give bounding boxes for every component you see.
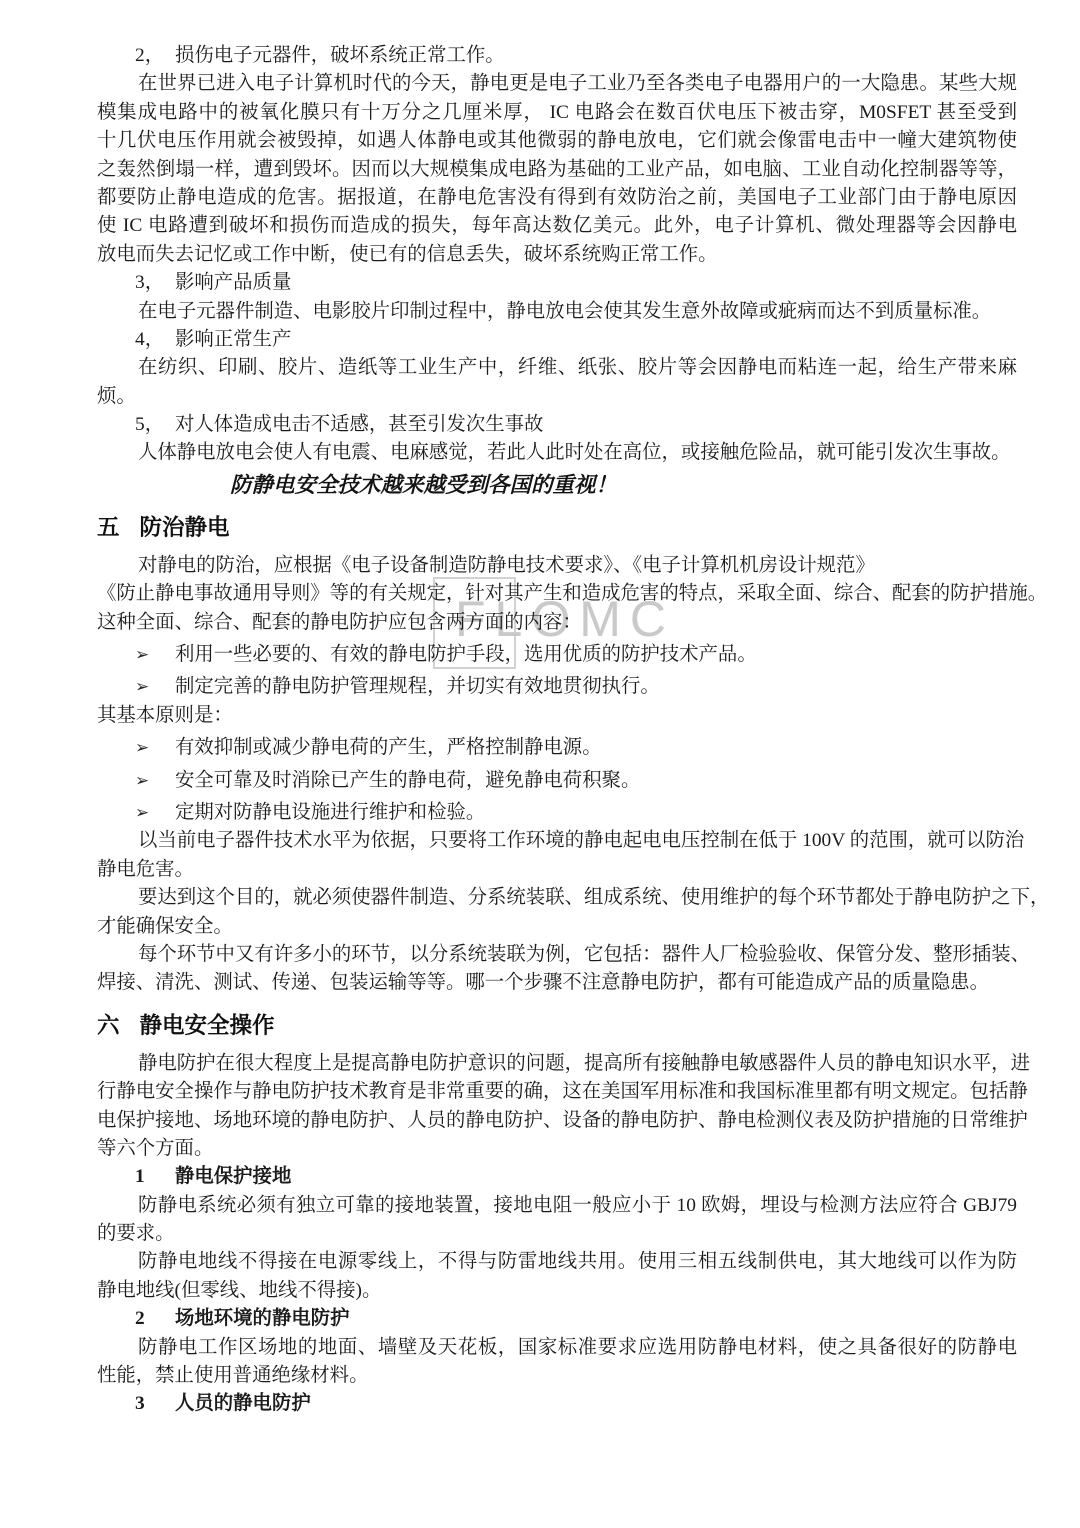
item-text: 影响产品质量 (175, 272, 291, 293)
document-page: FLOMC 2，损伤电子元器件，破坏系统正常工作。在世界已进入电子计算机时代的今… (0, 0, 1080, 1528)
subsection-heading: 2场地环境的静电防护 (97, 1305, 1017, 1333)
item-text: 影响正常生产 (175, 329, 291, 350)
paragraph-line: 模集成电路中的被氧化膜只有十万分之几厘米厚， IC 电路会在数百伏电压下被击穿，… (97, 99, 1017, 127)
paragraph-line: 人体静电放电会使人有电震、电麻感觉，若此人此时处在高位，或接触危险品，就可能引发… (97, 439, 1017, 467)
paragraph-line: 防静电工作区场地的地面、墙壁及天花板，国家标准要求应选用防静电材料，使之具备很好… (97, 1334, 1017, 1362)
subsection-number: 3 (135, 1390, 175, 1418)
paragraph-line: 烦。 (97, 383, 1017, 411)
paragraph-line: 静电防护在很大程度上是提高静电防护意识的问题，提高所有接触静电敏感器件人员的静电… (97, 1050, 1017, 1078)
paragraph-line: 之轰然倒塌一样，遭到毁坏。因而以大规模集成电路为基础的工业产品，如电脑、工业自动… (97, 156, 1017, 184)
numbered-item: 2，损伤电子元器件，破坏系统正常工作。 (97, 42, 1017, 70)
paragraph-line: 静电危害。 (97, 856, 1017, 884)
paragraph-line: 都要防止静电造成的危害。据报道，在静电危害没有得到有效防治之前，美国电子工业部门… (97, 184, 1017, 212)
paragraph-line: 才能确保安全。 (97, 913, 1017, 941)
paragraph-line: 这种全面、综合、配套的静电防护应包含两方面的内容： (97, 609, 1017, 637)
bullet-arrow-icon: ➢ (135, 641, 175, 669)
bullet-text: 制定完善的静电防护管理规程，并切实有效地贯彻执行。 (175, 676, 660, 697)
paragraph-line: 性能，禁止使用普通绝缘材料。 (97, 1362, 1017, 1390)
bullet-text: 有效抑制或减少静电荷的产生，严格控制静电源。 (175, 737, 602, 758)
paragraph-line: 每个环节中又有许多小的环节，以分系统装联为例，它包括：器件人厂检验验收、保管分发… (97, 941, 1017, 969)
item-number: 3， (135, 269, 175, 297)
bullet-arrow-icon: ➢ (135, 767, 175, 795)
subsection-title: 静电保护接地 (175, 1166, 291, 1187)
subsection-title: 场地环境的静电防护 (175, 1308, 350, 1329)
item-number: 4， (135, 326, 175, 354)
paragraph-line: 十几伏电压作用就会被毁掉，如遇人体静电或其他微弱的静电放电，它们就会像雷电击中一… (97, 127, 1017, 155)
item-number: 2， (135, 42, 175, 70)
subsection-title: 人员的静电防护 (175, 1393, 311, 1414)
bullet-text: 利用一些必要的、有效的静电防护手段，选用优质的防护技术产品。 (175, 644, 757, 665)
numbered-item: 5，对人体造成电击不适感，甚至引发次生事故 (97, 411, 1017, 439)
emphasis-line: 防静电安全技术越来越受到各国的重视！ (230, 470, 1017, 500)
paragraph-line: 防静电地线不得接在电源零线上，不得与防雷地线共用。使用三相五线制供电，其大地线可… (97, 1248, 1017, 1276)
section-number: 五 (97, 515, 120, 540)
document-content: 2，损伤电子元器件，破坏系统正常工作。在世界已进入电子计算机时代的今天，静电更是… (97, 42, 1017, 1419)
section-title: 静电安全操作 (140, 1013, 275, 1038)
paragraph-line: 在纺织、印刷、胶片、造纸等工业生产中，纤维、纸张、胶片等会因静电而粘连一起，给生… (97, 354, 1017, 382)
bullet-item: ➢定期对防静电设施进行维护和检验。 (97, 799, 1017, 827)
bullet-item: ➢有效抑制或减少静电荷的产生，严格控制静电源。 (97, 734, 1017, 762)
paragraph-line: 要达到这个目的，就必须使器件制造、分系统装联、组成系统、使用维护的每个环节都处于… (97, 884, 1017, 912)
paragraph-line: 以当前电子器件技术水平为依据，只要将工作环境的静电起电电压控制在低于 100V … (97, 827, 1017, 855)
bullet-text: 定期对防静电设施进行维护和检验。 (175, 802, 485, 823)
bullet-arrow-icon: ➢ (135, 799, 175, 827)
paragraph-line: 的要求。 (97, 1220, 1017, 1248)
paragraph-line: 使 IC 电路遭到破坏和损伤而造成的损失，每年高达数亿美元。此外，电子计算机、微… (97, 212, 1017, 240)
paragraph-line: 行静电安全操作与静电防护技术教育是非常重要的确，这在美国军用标准和我国标准里都有… (97, 1078, 1017, 1106)
paragraph-line: 等六个方面。 (97, 1135, 1017, 1163)
paragraph-line: 其基本原则是： (97, 702, 1017, 730)
subsection-number: 1 (135, 1163, 175, 1191)
section-number: 六 (97, 1013, 120, 1038)
paragraph-line: 防静电系统必须有独立可靠的接地装置，接地电阻一般应小于 10 欧姆，埋设与检测方… (97, 1192, 1017, 1220)
numbered-item: 3，影响产品质量 (97, 269, 1017, 297)
paragraph-line: 焊接、清洗、测试、传递、包装运输等等。哪一个步骤不注意静电防护，都有可能造成产品… (97, 969, 1017, 997)
section-title: 防治静电 (140, 515, 230, 540)
item-text: 损伤电子元器件，破坏系统正常工作。 (175, 45, 505, 66)
paragraph-line: 放电而失去记忆或工作中断，使已有的信息丢失，破坏系统购正常工作。 (97, 241, 1017, 269)
paragraph-line: 在世界已进入电子计算机时代的今天，静电更是电子工业乃至各类电子电器用户的一大隐患… (97, 70, 1017, 98)
subsection-heading: 1静电保护接地 (97, 1163, 1017, 1191)
item-text: 对人体造成电击不适感，甚至引发次生事故 (175, 414, 543, 435)
section-heading: 五防治静电 (97, 512, 1017, 544)
bullet-arrow-icon: ➢ (135, 673, 175, 701)
item-number: 5， (135, 411, 175, 439)
paragraph-line: 静电地线(但零线、地线不得接)。 (97, 1277, 1017, 1305)
paragraph-line: 在电子元器件制造、电影胶片印制过程中，静电放电会使其发生意外故障或疵病而达不到质… (97, 298, 1017, 326)
paragraph-line: 《防止静电事故通用导则》等的有关规定，针对其产生和造成危害的特点，采取全面、综合… (97, 580, 1017, 608)
bullet-item: ➢制定完善的静电防护管理规程，并切实有效地贯彻执行。 (97, 673, 1017, 701)
bullet-item: ➢利用一些必要的、有效的静电防护手段，选用优质的防护技术产品。 (97, 641, 1017, 669)
subsection-heading: 3人员的静电防护 (97, 1390, 1017, 1418)
bullet-arrow-icon: ➢ (135, 734, 175, 762)
paragraph-line: 对静电的防治，应根据《电子设备制造防静电技术要求》、《电子计算机机房设计规范》 (97, 552, 1017, 580)
numbered-item: 4，影响正常生产 (97, 326, 1017, 354)
paragraph-line: 电保护接地、场地环境的静电防护、人员的静电防护、设备的静电防护、静电检测仪表及防… (97, 1107, 1017, 1135)
section-heading: 六静电安全操作 (97, 1010, 1017, 1042)
subsection-number: 2 (135, 1305, 175, 1333)
bullet-text: 安全可靠及时消除已产生的静电荷，避免静电荷积聚。 (175, 770, 640, 791)
bullet-item: ➢安全可靠及时消除已产生的静电荷，避免静电荷积聚。 (97, 767, 1017, 795)
